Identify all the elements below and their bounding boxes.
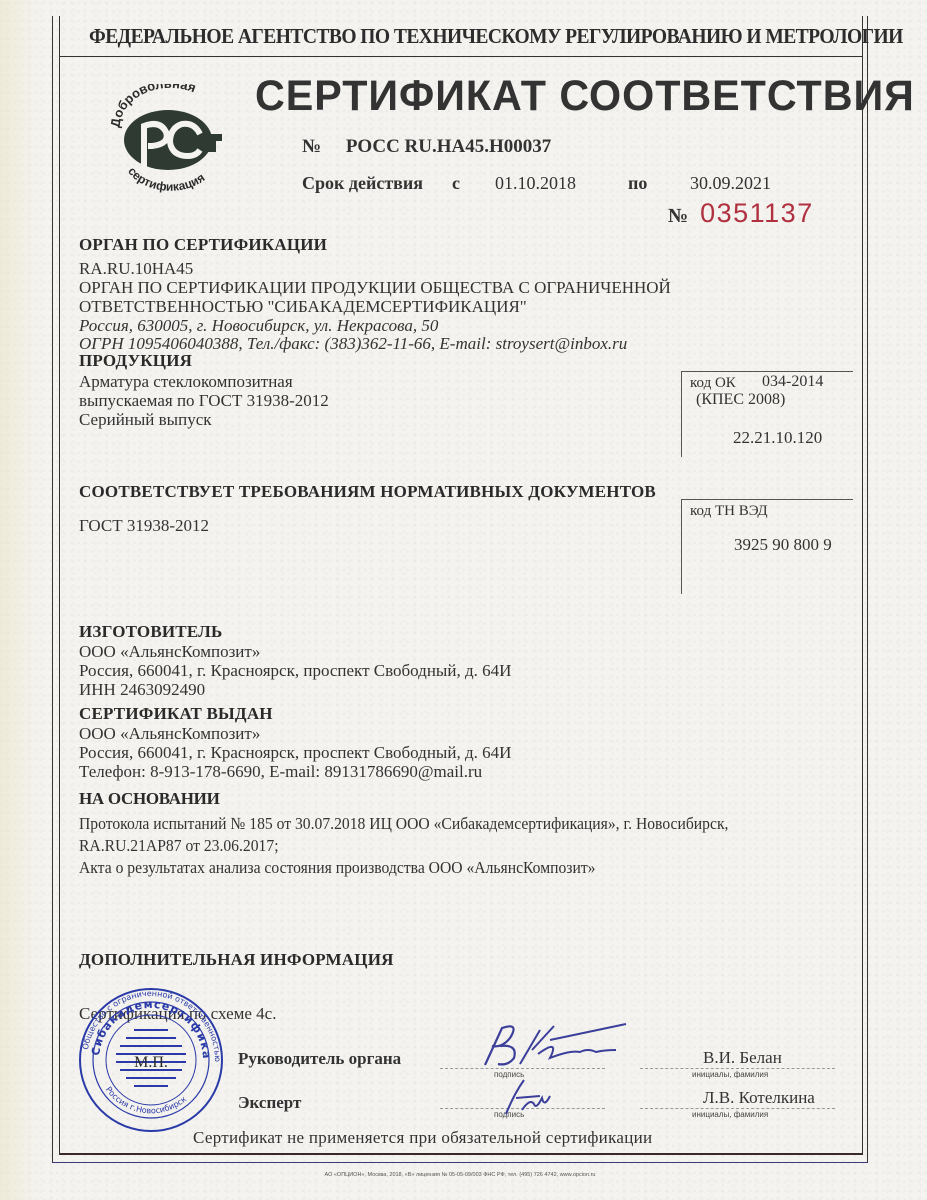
product-line-2: выпускаемая по ГОСТ 31938-2012 <box>79 391 329 410</box>
expert-name-line <box>640 1108 835 1109</box>
issued-to-name: ООО «АльянсКомпозит» <box>79 724 260 743</box>
heading-issued-to: СЕРТИФИКАТ ВЫДАН <box>79 704 273 724</box>
validity-from-date: 01.10.2018 <box>495 173 576 194</box>
ok-code-label: код ОК <box>690 375 736 392</box>
ok-code-standard: 034-2014 <box>762 373 823 391</box>
signature-row-expert: Эксперт <box>238 1093 301 1113</box>
header-divider <box>60 56 863 57</box>
manufacturer-name: ООО «АльянсКомпозит» <box>79 642 260 661</box>
heading-conformity: СООТВЕТСТВУЕТ ТРЕБОВАНИЯМ НОРМАТИВНЫХ ДО… <box>79 482 656 502</box>
product-line-3: Серийный выпуск <box>79 410 212 429</box>
manufacturer-inn: ИНН 2463092490 <box>79 680 205 699</box>
basis-line-1: Протокола испытаний № 185 от 30.07.2018 … <box>79 814 728 833</box>
agency-header: ФЕДЕРАЛЬНОЕ АГЕНТСТВО ПО ТЕХНИЧЕСКОМУ РЕ… <box>89 24 833 49</box>
signature-row-head: Руководитель органа <box>238 1049 401 1069</box>
blank-number: № 0351137 <box>668 198 814 229</box>
round-seal-stamp: Общество с ограниченной ответственностью… <box>76 985 226 1135</box>
head-name-line <box>640 1068 835 1069</box>
certificate-number: № РОСС RU.НА45.Н00037 <box>302 136 551 158</box>
heading-manufacturer: ИЗГОТОВИТЕЛЬ <box>79 622 222 642</box>
printer-imprint: АО «ОПЦИОН», Москва, 2018, «В» лицензия … <box>300 1172 620 1178</box>
number-sign: № <box>302 136 321 157</box>
product-line-1: Арматура стеклокомпозитная <box>79 372 293 391</box>
ok-code-box: код ОК 034-2014 (КПЕС 2008) 22.21.10.120 <box>681 371 853 457</box>
ok-code-classifier: (КПЕС 2008) <box>696 391 785 409</box>
certification-body-name-2: ОТВЕТСТВЕННОСТЬЮ "СИБАКАДЕМСЕРТИФИКАЦИЯ" <box>79 297 527 316</box>
certification-body-name-1: ОРГАН ПО СЕРТИФИКАЦИИ ПРОДУКЦИИ ОБЩЕСТВА… <box>79 278 671 297</box>
expert-name: Л.В. Котелкина <box>703 1088 815 1108</box>
heading-product: ПРОДУКЦИЯ <box>79 351 192 371</box>
certification-body-address: Россия, 630005, г. Новосибирск, ул. Некр… <box>79 316 438 335</box>
validity-to-label: по <box>628 173 647 194</box>
issued-to-address: Россия, 660041, г. Красноярск, проспект … <box>79 743 511 762</box>
validity-from-label: с <box>452 173 460 194</box>
expert-name-caption: инициалы, фамилия <box>692 1110 768 1119</box>
seal-place-text: М.П. <box>134 1054 168 1071</box>
voluntary-certification-logo-icon: Добровольная сертификация <box>108 84 228 196</box>
manufacturer-address: Россия, 660041, г. Красноярск, проспект … <box>79 661 511 680</box>
basis-line-2: RA.RU.21АР87 от 23.06.2017; <box>79 836 279 855</box>
heading-additional-info: ДОПОЛНИТЕЛЬНАЯ ИНФОРМАЦИЯ <box>79 950 394 970</box>
tnved-code-label: код ТН ВЭД <box>690 503 768 520</box>
validity-to-date: 30.09.2021 <box>690 173 771 194</box>
certification-body-code: RA.RU.10НА45 <box>79 259 193 278</box>
footer-note: Сертификат не применяется при обязательн… <box>193 1128 652 1148</box>
expert-signature-icon <box>500 1074 560 1118</box>
tnved-code-box: код ТН ВЭД 3925 90 800 9 <box>681 499 853 594</box>
head-role-label: Руководитель органа <box>238 1049 401 1068</box>
head-signature-icon <box>480 1020 640 1070</box>
basis-line-3: Акта о результатах анализа состояния про… <box>79 858 596 877</box>
validity-label: Срок действия <box>302 173 423 194</box>
head-name: В.И. Белан <box>703 1048 782 1068</box>
blank-number-sign: № <box>668 205 688 227</box>
conformity-document: ГОСТ 31938-2012 <box>79 516 209 535</box>
ok-code-value: 22.21.10.120 <box>733 428 822 448</box>
paper-edge-tint <box>0 0 40 1200</box>
heading-basis: НА ОСНОВАНИИ <box>79 789 220 809</box>
head-name-caption: инициалы, фамилия <box>692 1070 768 1079</box>
expert-role-label: Эксперт <box>238 1093 301 1112</box>
heading-certification-body: ОРГАН ПО СЕРТИФИКАЦИИ <box>79 235 327 255</box>
certificate-number-value: РОСС RU.НА45.Н00037 <box>346 136 551 157</box>
document-title: СЕРТИФИКАТ СООТВЕТСТВИЯ <box>255 72 915 121</box>
issued-to-contacts: Телефон: 8-913-178-6690, E-mail: 8913178… <box>79 762 482 781</box>
tnved-code-value: 3925 90 800 9 <box>734 535 832 555</box>
blank-number-value: 0351137 <box>700 198 814 228</box>
